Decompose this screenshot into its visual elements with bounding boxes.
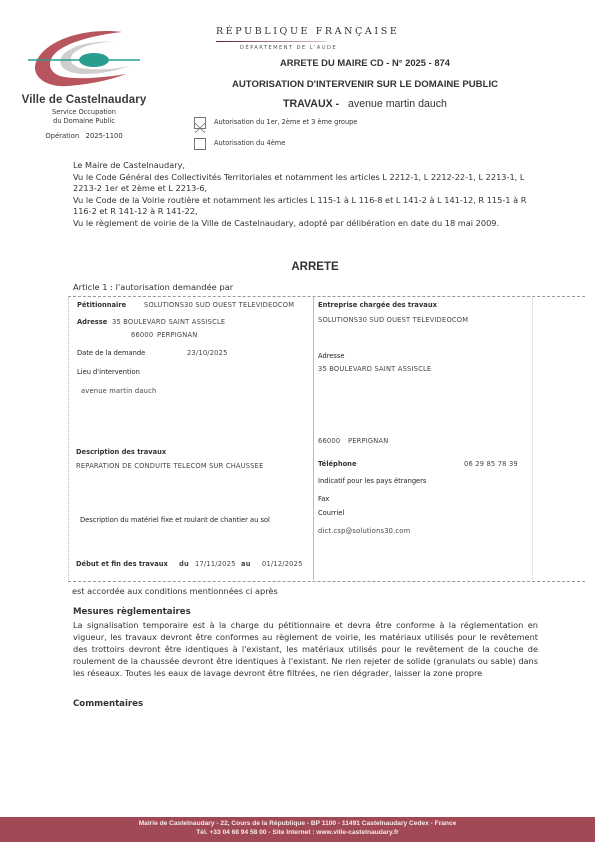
operation-value: 2025-1100 bbox=[86, 132, 123, 140]
arrete-title: ARRETE DU MAIRE CD - N° 2025 - 874 bbox=[200, 57, 530, 68]
travaux-title: TRAVAUX - avenue martin dauch bbox=[200, 98, 530, 110]
date-fin: 01/12/2025 bbox=[262, 560, 303, 568]
courriel-value[interactable]: dict.csp@solutions30.com bbox=[318, 527, 410, 535]
fax-label: Fax bbox=[318, 495, 329, 503]
entreprise-label: Entreprise chargée des travaux bbox=[318, 301, 437, 309]
preamble-line: Le Maire de Castelnaudary, bbox=[73, 160, 538, 172]
preamble: Le Maire de Castelnaudary, Vu le Code Gé… bbox=[73, 160, 538, 230]
conditions-text: est accordée aux conditions mentionnées … bbox=[72, 586, 278, 596]
indicatif-label: Indicatif pour les pays étrangers bbox=[318, 477, 426, 485]
republique-francaise: RÉPUBLIQUE FRANÇAISE bbox=[216, 26, 399, 37]
autorisation-title: AUTORISATION D'INTERVENIR SUR LE DOMAINE… bbox=[200, 79, 530, 90]
entreprise-value: SOLUTIONS30 SUD OUEST TELEVIDEOCOM bbox=[318, 316, 468, 324]
preamble-line: Vu le règlement de voirie de la Ville de… bbox=[73, 218, 538, 230]
adresse-line1: 35 BOULEVARD SAINT ASSISCLE bbox=[112, 318, 225, 326]
service-line-2: du Domaine Public bbox=[14, 117, 154, 126]
travaux-label: TRAVAUX - bbox=[283, 98, 339, 110]
checkbox-label-groupe-1-2-3: Autorisation du 1er, 2ème et 3 ème group… bbox=[214, 118, 357, 126]
petitionnaire-label: Pétitionnaire bbox=[77, 301, 126, 309]
commentaires-title: Commentaires bbox=[73, 699, 143, 709]
telephone-label: Téléphone bbox=[318, 460, 356, 468]
city-name: Ville de Castelnaudary bbox=[14, 94, 154, 106]
preamble-line: Vu le Code Général des Collectivités Ter… bbox=[73, 172, 538, 195]
adresse-city: PERPIGNAN bbox=[157, 331, 197, 339]
adresse-label: Adresse bbox=[77, 318, 107, 326]
au-label: au bbox=[241, 560, 251, 568]
entreprise-postcode: 66000 bbox=[318, 437, 340, 445]
entreprise-adresse-label: Adresse bbox=[318, 352, 345, 360]
telephone-value: 06 29 85 78 39 bbox=[464, 460, 518, 468]
dates-travaux-label: Début et fin des travaux bbox=[76, 560, 168, 568]
description-travaux-value: REPARATION DE CONDUITE TELECOM SUR CHAUS… bbox=[76, 462, 264, 470]
footer-address: Mairie de Castelnaudary - 22, Cours de l… bbox=[0, 820, 595, 827]
footer-contact: Tél. +33 04 68 94 58 00 - Site Internet … bbox=[0, 829, 595, 836]
article-1: Article 1 : l'autorisation demandée par bbox=[73, 282, 233, 292]
checkbox-cross-icon bbox=[195, 123, 205, 133]
date-debut: 17/11/2025 bbox=[195, 560, 236, 568]
departement: DÉPARTEMENT DE L'AUDE bbox=[240, 45, 337, 51]
operation-number: Opération 2025-1100 bbox=[14, 132, 154, 140]
date-demande-label: Date de la demande bbox=[77, 349, 145, 357]
service-name: Service Occupation du Domaine Public bbox=[14, 108, 154, 126]
checkbox-label-groupe-4: Autorisation du 4ème bbox=[214, 139, 285, 147]
courriel-label: Courriel bbox=[318, 509, 344, 517]
description-travaux-label: Description des travaux bbox=[76, 448, 166, 456]
castelnaudary-logo-icon bbox=[22, 28, 146, 90]
entreprise-city: PERPIGNAN bbox=[348, 437, 388, 445]
checkbox-groupe-1-2-3[interactable] bbox=[194, 117, 206, 129]
lieu-intervention-label: Lieu d'intervention bbox=[77, 368, 140, 376]
operation-label: Opération bbox=[45, 132, 79, 140]
entreprise-adresse-line1: 35 BOULEVARD SAINT ASSISCLE bbox=[318, 365, 431, 373]
lieu-intervention-value: avenue martin dauch bbox=[81, 387, 156, 395]
checkbox-groupe-4[interactable] bbox=[194, 138, 206, 150]
travaux-location: avenue martin dauch bbox=[348, 98, 447, 110]
service-line-1: Service Occupation bbox=[14, 108, 154, 117]
materiel-label: Description du matériel fixe et roulant … bbox=[80, 516, 270, 524]
adresse-postcode: 66000 bbox=[131, 331, 153, 339]
petitionnaire-value: SOLUTIONS30 SUD OUEST TELEVIDEOCOM bbox=[144, 301, 294, 309]
mesures-text: La signalisation temporaire est à la cha… bbox=[73, 620, 538, 680]
mesures-title: Mesures règlementaires bbox=[73, 607, 191, 617]
header-divider bbox=[216, 41, 326, 42]
form-right-column bbox=[312, 296, 533, 580]
arrete-heading: ARRETE bbox=[0, 261, 595, 273]
du-label: du bbox=[179, 560, 189, 568]
date-demande-value: 23/10/2025 bbox=[187, 349, 228, 357]
preamble-line: Vu le Code de la Voirie routière et nota… bbox=[73, 195, 538, 218]
